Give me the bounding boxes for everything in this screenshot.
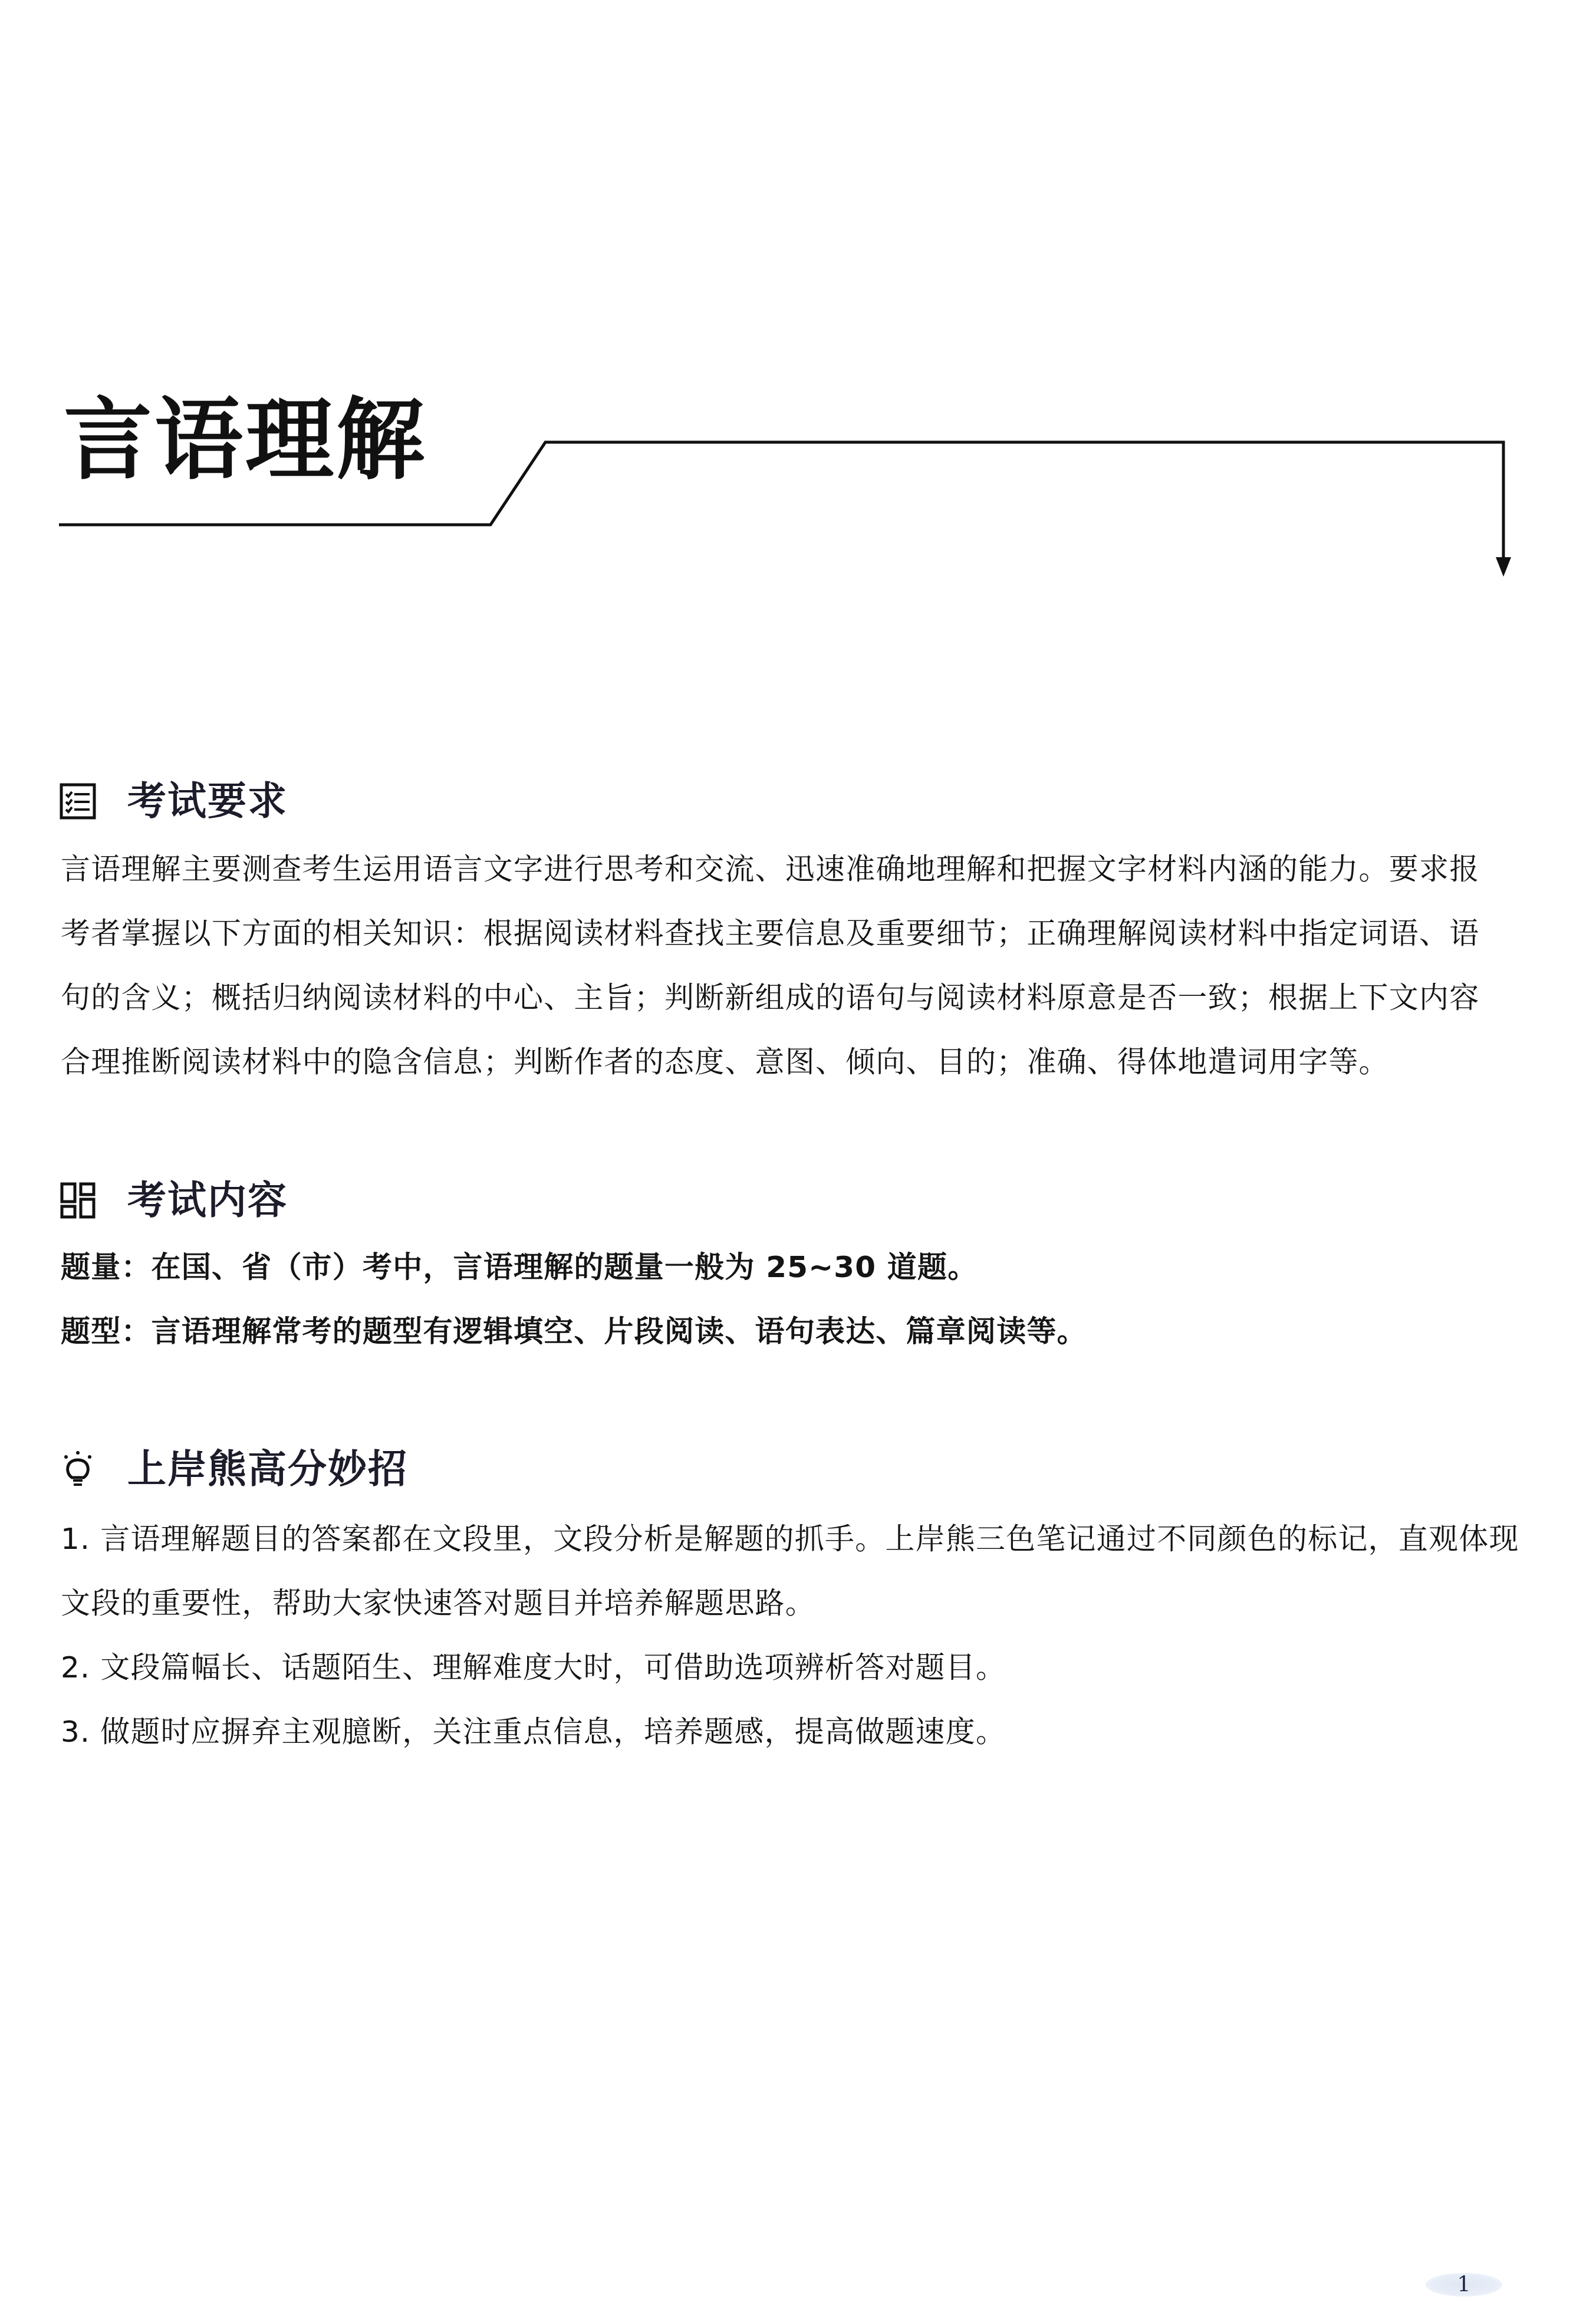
- chapter-title: 言语理解: [64, 396, 427, 485]
- section-body-exam-requirements: 言语理解主要测查考生运用语言文字进行思考和交流、迅速准确地理解和把握文字材料内涵…: [61, 837, 1517, 1094]
- title-decoration-line: [0, 0, 1596, 590]
- section-header-exam-content: 考试内容: [59, 1181, 288, 1220]
- body-line: 3. 做题时应摒弃主观臆断，关注重点信息，培养题感，提高做题速度。: [61, 1700, 1517, 1764]
- body-line: 1. 言语理解题目的答案都在文段里，文段分析是解题的抓手。上岸熊三色笔记通过不同…: [61, 1507, 1517, 1571]
- section-body-high-score-tips: 1. 言语理解题目的答案都在文段里，文段分析是解题的抓手。上岸熊三色笔记通过不同…: [61, 1507, 1517, 1764]
- body-line: 言语理解主要测查考生运用语言文字进行思考和交流、迅速准确地理解和把握文字材料内涵…: [61, 837, 1517, 902]
- section-header-exam-requirements: 考试要求: [59, 782, 288, 821]
- body-line: 2. 文段篇幅长、话题陌生、理解难度大时，可借助选项辨析答对题目。: [61, 1636, 1517, 1700]
- body-line: 文段的重要性，帮助大家快速答对题目并培养解题思路。: [61, 1571, 1517, 1636]
- section-header-high-score-tips: 上岸熊高分妙招: [59, 1450, 408, 1489]
- body-line: 考者掌握以下方面的相关知识：根据阅读材料查找主要信息及重要细节；正确理解阅读材料…: [61, 902, 1517, 966]
- arrow-down-icon: [1496, 557, 1511, 577]
- grid-layout-icon: [59, 1182, 97, 1219]
- page-number: 1: [1426, 2273, 1502, 2297]
- section-title: 考试内容: [127, 1181, 288, 1220]
- lightbulb-icon: [59, 1450, 97, 1488]
- section-body-exam-content: 题量：在国、省（市）考中，言语理解的题量一般为 25~30 道题。 题型：言语理…: [61, 1235, 1517, 1364]
- body-line: 题量：在国、省（市）考中，言语理解的题量一般为 25~30 道题。: [61, 1235, 1517, 1300]
- body-line: 题型：言语理解常考的题型有逻辑填空、片段阅读、语句表达、篇章阅读等。: [61, 1300, 1517, 1364]
- section-title: 考试要求: [127, 782, 288, 821]
- body-line: 句的含义；概括归纳阅读材料的中心、主旨；判断新组成的语句与阅读材料原意是否一致；…: [61, 966, 1517, 1030]
- section-title: 上岸熊高分妙招: [127, 1450, 408, 1489]
- body-line: 合理推断阅读材料中的隐含信息；判断作者的态度、意图、倾向、目的；准确、得体地遣词…: [61, 1030, 1517, 1094]
- checklist-icon: [59, 782, 97, 820]
